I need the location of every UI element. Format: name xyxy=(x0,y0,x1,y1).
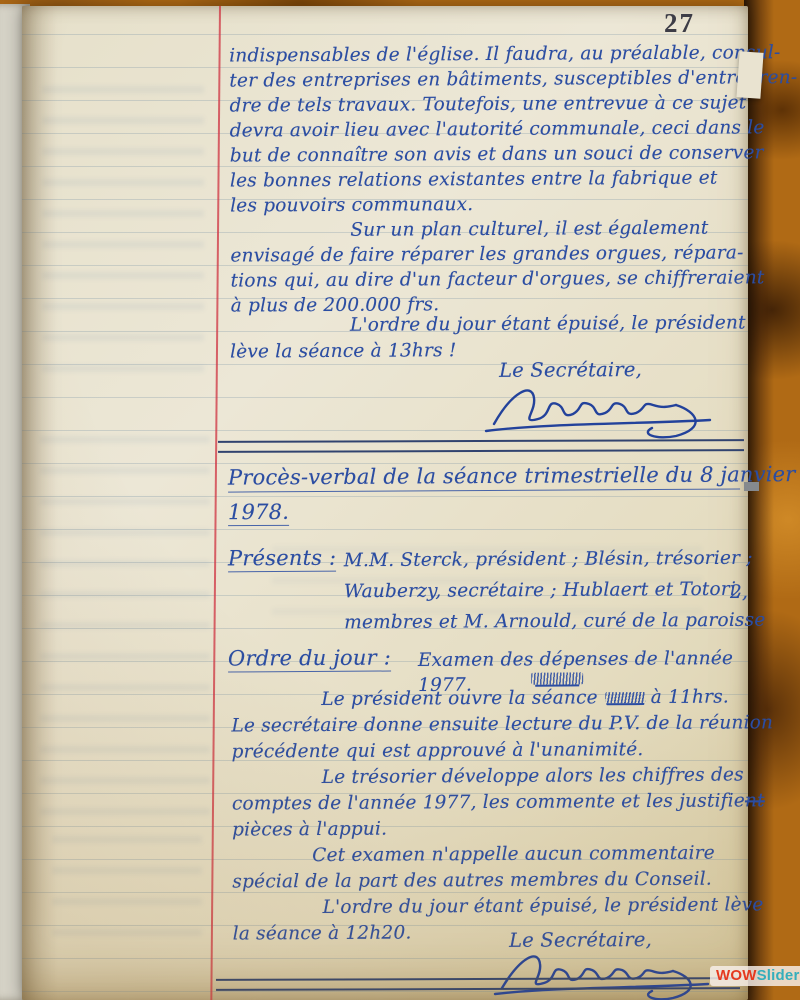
ordre-label-block: Ordre du jour : xyxy=(228,646,391,672)
handwritten-line: L'ordre du jour étant épuisé, le préside… xyxy=(230,310,735,339)
bleed-through-smudge xyxy=(40,436,210,816)
secretary-signature xyxy=(490,946,715,1000)
presents-label: Présents : xyxy=(228,546,336,573)
page-bottom-rule xyxy=(216,977,740,991)
heading-line: Procès-verbal de la séance trimestrielle… xyxy=(228,462,740,492)
crossed-out-scribble xyxy=(606,692,646,703)
page-edge-tab xyxy=(744,482,759,491)
watermark-wow-text: WOW xyxy=(716,967,757,984)
handwritten-line: précédente qui est approuvé à l'unanimit… xyxy=(232,736,742,765)
handwritten-line: Le trésorier développe alors les chiffre… xyxy=(232,762,742,791)
handwritten-line: ter des entreprises en bâtiments, suscep… xyxy=(229,65,734,93)
crossed-out-letters: nt xyxy=(745,790,765,811)
edge-ink-mark: 2, xyxy=(730,580,748,605)
minutes-heading: Procès-verbal de la séance trimestrielle… xyxy=(228,462,744,492)
handwritten-line: L'ordre du jour étant épuisé, le préside… xyxy=(232,892,742,921)
handwritten-line: Le président ouvre la séanceà 11hrs. xyxy=(231,684,741,713)
handwritten-line: comptes de l'année 1977, les commente et… xyxy=(232,788,742,817)
underlying-page-corner xyxy=(736,51,763,99)
handwritten-line: les pouvoirs communaux. xyxy=(230,190,735,218)
handwritten-line: membres et M. Arnould, curé de la parois… xyxy=(344,605,744,638)
inserted-crossed-out-scribble xyxy=(531,672,583,684)
watermark-slider-text: Slider xyxy=(757,967,800,984)
handwritten-line: devra avoir lieu avec l'autorité communa… xyxy=(230,115,735,143)
handwritten-line: les bonnes relations existantes entre la… xyxy=(230,165,735,193)
handwritten-line: Cet examen n'appelle aucun commentaire xyxy=(232,840,742,869)
handwritten-line: Sur un plan culturel, il est également xyxy=(230,215,735,243)
handwritten-line: but de connaître son avis et dans un sou… xyxy=(230,140,735,168)
previous-minutes-text: indispensables de l'église. Il faudra, a… xyxy=(229,40,736,318)
handwritten-line: Le secrétaire donne ensuite lecture du P… xyxy=(231,710,741,739)
register-page: 27 indispensables de l'église. Il faudra… xyxy=(22,6,748,1000)
presents-list: M.M. Sterck, président ; Blésin, trésori… xyxy=(344,543,745,638)
photographed-register-page: { "page_number": "27", "prev_section": {… xyxy=(0,0,800,1000)
handwritten-line: envisagé de faire réparer les grandes or… xyxy=(230,240,735,268)
minutes-heading-year: 1978. xyxy=(228,500,289,525)
handwritten-line: indispensables de l'église. Il faudra, a… xyxy=(229,40,734,68)
handwritten-text: comptes de l'année 1977, les commente et… xyxy=(232,790,745,814)
bleed-through-smudge xyxy=(52,836,202,956)
section-separator-rule xyxy=(218,439,744,453)
handwritten-line: spécial de la part des autres membres du… xyxy=(232,866,742,895)
opening-pre: Le président ouvre la séance xyxy=(321,687,598,710)
secretary-signature xyxy=(480,378,722,442)
handwritten-line: dre de tels travaux. Toutefois, une entr… xyxy=(229,90,734,118)
ordre-du-jour-label: Ordre du jour : xyxy=(228,646,391,673)
minutes-body-text: Le président ouvre la séanceà 11hrs. Le … xyxy=(231,684,743,947)
presents-label-block: Présents : xyxy=(228,546,336,572)
handwritten-line: pièces à l'appui. xyxy=(232,814,742,843)
red-margin-line xyxy=(210,6,221,1000)
wowslider-watermark[interactable]: WOWSlider xyxy=(710,966,800,986)
handwritten-line: Wauberzy, secrétaire ; Hublaert et Totor… xyxy=(344,574,744,607)
bleed-through-smudge xyxy=(42,86,204,386)
page-number: 27 xyxy=(664,8,695,39)
handwritten-line: M.M. Sterck, président ; Blésin, trésori… xyxy=(344,543,744,576)
handwritten-line: tions qui, au dire d'un facteur d'orgues… xyxy=(231,265,736,293)
heading-year: 1978. xyxy=(228,500,289,526)
opening-post: à 11hrs. xyxy=(651,687,729,708)
